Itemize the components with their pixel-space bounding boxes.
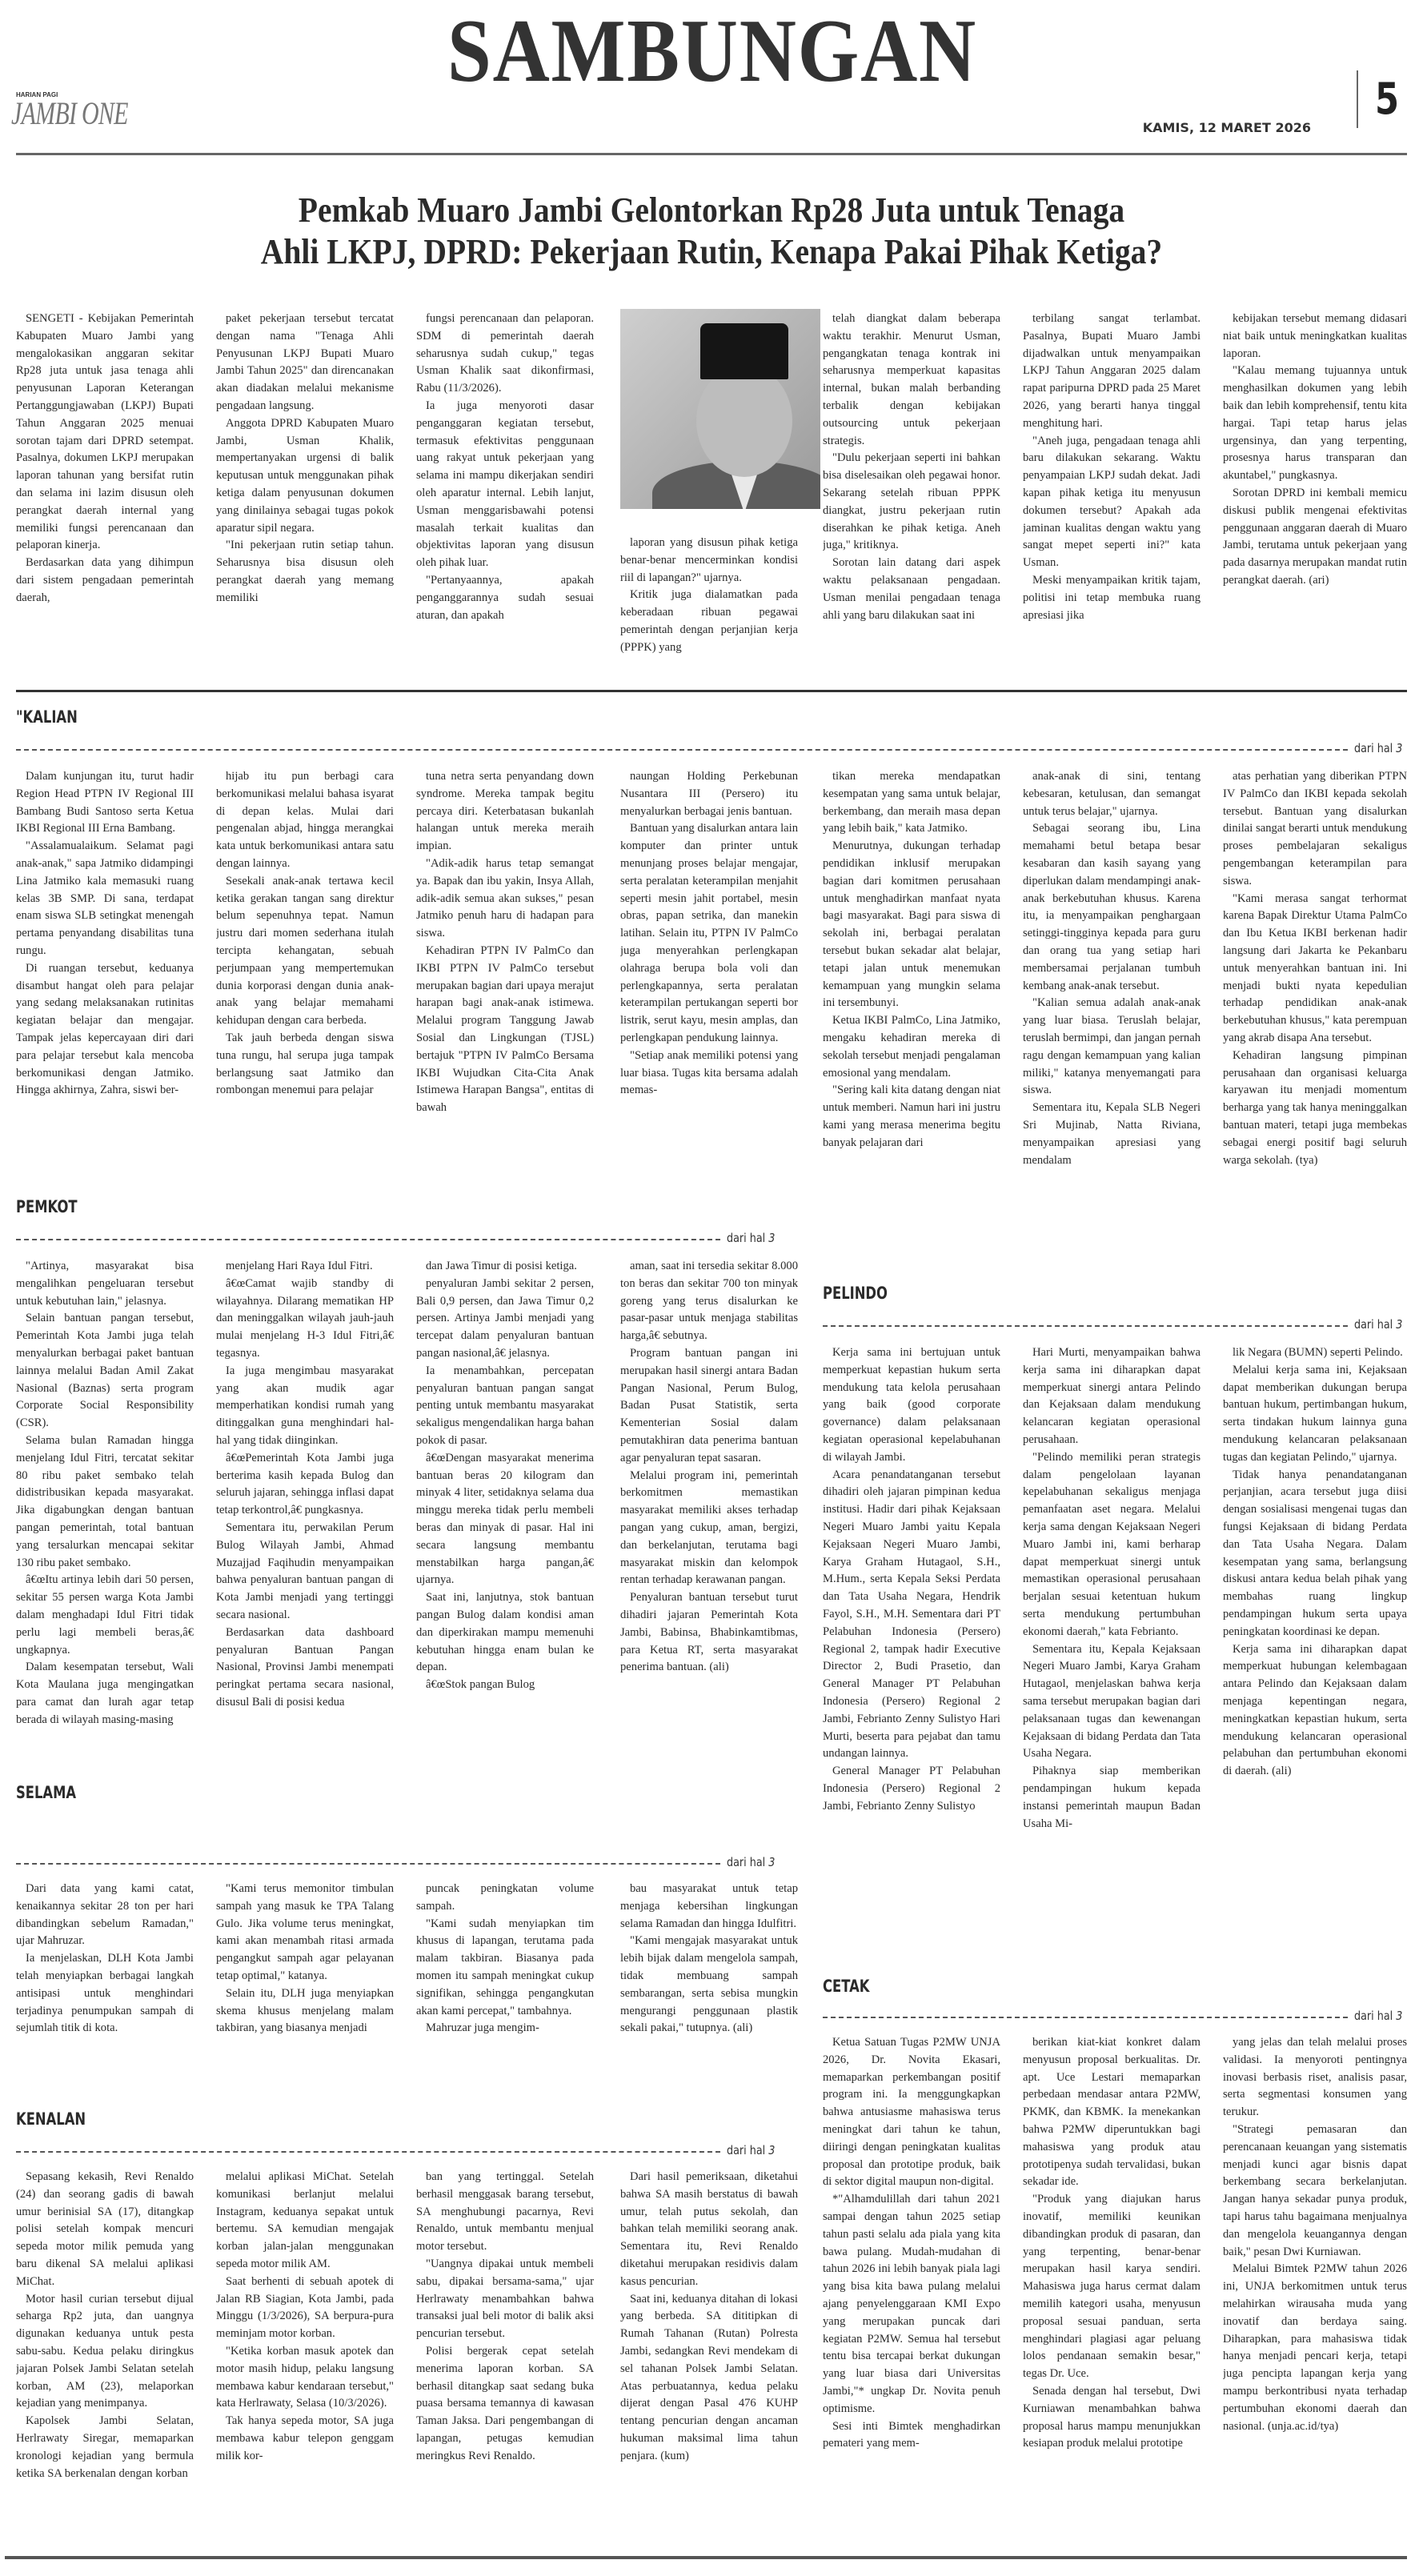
paragraph: Sementara itu, Kepala SLB Negeri Sri Muj… — [1023, 1100, 1201, 1169]
paragraph: ban yang tertinggal. Setelah berhasil me… — [416, 2169, 594, 2256]
continued-from: dari hal 3 — [727, 1855, 775, 1869]
paragraph: Sementara itu, perwakilan Perum Bulog Wi… — [216, 1520, 394, 1625]
paragraph: General Manager PT Pelabuhan Indonesia (… — [823, 1763, 1000, 1815]
article-column: "Artinya, masyarakat bisa mengalihkan pe… — [16, 1258, 194, 1770]
paragraph: hijab itu pun berbagi cara berkomunikasi… — [216, 768, 394, 873]
continued-from: dari hal 3 — [727, 1231, 775, 1245]
header-divider — [1357, 70, 1358, 128]
paragraph: Kritik juga dialamatkan pada keberadaan … — [620, 587, 798, 656]
paragraph: Kapolsek Jambi Selatan, Herlrawaty Sireg… — [16, 2413, 194, 2482]
article-column: telah diangkat dalam beberapa waktu tera… — [823, 310, 1000, 679]
dashed-rule — [16, 1229, 720, 1240]
paragraph: Sorotan DPRD ini kembali memicu diskusi … — [1223, 485, 1407, 590]
paragraph: Acara penandatanganan tersebut dihadiri … — [823, 1467, 1000, 1764]
article-column: Ketua Satuan Tugas P2MW UNJA 2026, Dr. N… — [823, 2034, 1000, 2537]
paragraph: *"Alhamdulillah dari tahun 2021 sampai d… — [823, 2191, 1000, 2418]
paragraph: â€œPemerintah Kota Jambi juga berterima … — [216, 1450, 394, 1520]
paragraph: Kerja sama ini bertujuan untuk memperkua… — [823, 1344, 1000, 1467]
article-column: atas perhatian yang diberikan PTPN IV Pa… — [1223, 768, 1407, 1276]
article-column: Sepasang kekasih, Revi Renaldo (24) dan … — [16, 2169, 194, 2537]
article-column: lik Negara (BUMN) seperti Pelindo.Melalu… — [1223, 1344, 1407, 1969]
paragraph: "Kami merasa sangat terhormat karena Bap… — [1223, 891, 1407, 1048]
paragraph: dan Jawa Timur di posisi ketiga. — [416, 1258, 594, 1276]
continued-from: dari hal 3 — [1354, 1317, 1402, 1332]
paragraph: Tak jauh berbeda dengan siswa tuna rungu… — [216, 1030, 394, 1100]
paragraph: atas perhatian yang diberikan PTPN IV Pa… — [1223, 768, 1407, 891]
paragraph: Saat ini, lanjutnya, stok bantuan pangan… — [416, 1589, 594, 1677]
paragraph: "Kalian semua adalah anak-anak yang luar… — [1023, 995, 1201, 1100]
paragraph: Berdasarkan data dashboard penyaluran Ba… — [216, 1625, 394, 1712]
paragraph: Polisi bergerak cepat setelah menerima l… — [416, 2343, 594, 2466]
article-column: aman, saat ini tersedia sekitar 8.000 to… — [620, 1258, 798, 1770]
paragraph: Sementara itu, Kepala Kejaksaan Negeri M… — [1023, 1641, 1201, 1764]
paragraph: tikan mereka mendapatkan kesempatan yang… — [823, 768, 1000, 838]
paragraph: berikan kiat-kiat konkret dalam menyusun… — [1023, 2034, 1201, 2191]
article-column: "Kami terus memonitor timbulan sampah ya… — [216, 1881, 394, 2097]
paragraph: anak-anak di sini, tentang kebesaran, ke… — [1023, 768, 1201, 820]
paragraph: Sepasang kekasih, Revi Renaldo (24) dan … — [16, 2169, 194, 2291]
paragraph: "Produk yang diajukan harus inovatif, me… — [1023, 2191, 1201, 2383]
article-column: SENGETI - Kebijakan Pemerintah Kabupaten… — [16, 310, 194, 679]
paragraph: "Pelindo memiliki peran strategis dalam … — [1023, 1449, 1201, 1641]
paragraph: "Kalau memang tujuannya untuk menghasilk… — [1223, 363, 1407, 485]
paragraph: Dari data yang kami catat, kenaikannya s… — [16, 1881, 194, 1950]
paragraph: Saat ini, keduanya ditahan di lokasi yan… — [620, 2291, 798, 2466]
paragraph: laporan yang disusun pihak ketiga benar-… — [620, 535, 798, 587]
paragraph: Ketua IKBI PalmCo, Lina Jatmiko, mengaku… — [823, 1012, 1000, 1082]
paragraph: "Sering kali kita datang dengan niat unt… — [823, 1082, 1000, 1152]
article-column: Dalam kunjungan itu, turut hadir Region … — [16, 768, 194, 1192]
article-column: menjelang Hari Raya Idul Fitri.â€œCamat … — [216, 1258, 394, 1770]
continued-from: dari hal 3 — [727, 2143, 775, 2157]
article-column: melalui aplikasi MiChat. Setelah komunik… — [216, 2169, 394, 2537]
continued-from: dari hal 3 — [1354, 2009, 1402, 2023]
paragraph: "Aneh juga, pengadaan tenaga ahli baru d… — [1023, 433, 1201, 572]
dashed-rule — [16, 1853, 720, 1865]
paragraph: Sesekali anak-anak tertawa kecil ketika … — [216, 873, 394, 1030]
photo-face — [696, 365, 792, 477]
paragraph: Program bantuan pangan ini merupakan has… — [620, 1345, 798, 1468]
paragraph: "Pertanyaannya, apakah penganggarannya s… — [416, 572, 594, 624]
photo-peci-cap — [700, 323, 788, 379]
paragraph: Menurutnya, dukungan terhadap pendidikan… — [823, 838, 1000, 1012]
article-column: bau masyarakat untuk tetap menjaga keber… — [620, 1881, 798, 2097]
article-column: berikan kiat-kiat konkret dalam menyusun… — [1023, 2034, 1201, 2537]
section-heading: KENALAN — [16, 2109, 86, 2129]
header-rule — [16, 153, 1407, 155]
article-column: puncak peningkatan volume sampah."Kami s… — [416, 1881, 594, 2097]
paragraph: Sebagai seorang ibu, Lina memahami betul… — [1023, 820, 1201, 995]
paragraph: Penyaluran bantuan tersebut turut dihadi… — [620, 1589, 798, 1677]
paragraph: Meski menyampaikan kritik tajam, politis… — [1023, 572, 1201, 624]
dashed-rule — [16, 2141, 720, 2153]
article-column: dan Jawa Timur di posisi ketiga.penyalur… — [416, 1258, 594, 1770]
paragraph: "Strategi pemasaran dan perencanaan keua… — [1223, 2121, 1407, 2261]
paragraph: "Assalamualaikum. Selamat pagi anak-anak… — [16, 838, 194, 960]
section-title: SAMBUNGAN — [275, 6, 1148, 96]
paragraph: Anggota DPRD Kabupaten Muaro Jambi, Usma… — [216, 415, 394, 538]
article-column: tuna netra serta penyandang down syndrom… — [416, 768, 594, 1192]
paragraph: "Kami mengajak masyarakat untuk lebih bi… — [620, 1933, 798, 2037]
paragraph: Senada dengan hal tersebut, Dwi Kurniawa… — [1023, 2383, 1201, 2453]
paragraph: "Adik-adik harus tetap semangat ya. Bapa… — [416, 855, 594, 943]
paragraph: Ia juga mengimbau masyarakat yang akan m… — [216, 1363, 394, 1450]
paragraph: SENGETI - Kebijakan Pemerintah Kabupaten… — [16, 310, 194, 555]
paragraph: bau masyarakat untuk tetap menjaga keber… — [620, 1881, 798, 1933]
article-column: Dari data yang kami catat, kenaikannya s… — [16, 1881, 194, 2097]
paragraph: Di ruangan tersebut, keduanya disambut h… — [16, 960, 194, 1100]
paragraph: Melalui Bimtek P2MW tahun 2026 ini, UNJA… — [1223, 2261, 1407, 2435]
paragraph: Selain bantuan pangan tersebut, Pemerint… — [16, 1310, 194, 1432]
paragraph: Sorotan lain datang dari aspek waktu pel… — [823, 555, 1000, 624]
article-column: Kerja sama ini bertujuan untuk memperkua… — [823, 1344, 1000, 1969]
paragraph: Kehadiran PTPN IV PalmCo dan IKBI PTPN I… — [416, 943, 594, 1117]
paragraph: Dari hasil pemeriksaan, diketahui bahwa … — [620, 2169, 798, 2291]
paragraph: aman, saat ini tersedia sekitar 8.000 to… — [620, 1258, 798, 1345]
paragraph: â€œItu artinya lebih dari 50 persen, sek… — [16, 1572, 194, 1659]
paragraph: "Setiap anak memiliki potensi yang luar … — [620, 1048, 798, 1100]
article-column: Hari Murti, menyampaikan bahwa kerja sam… — [1023, 1344, 1201, 1969]
paragraph: fungsi perencanaan dan pelaporan. SDM di… — [416, 310, 594, 398]
footer-rule — [5, 2556, 1407, 2559]
paragraph: Tidak hanya penandatanganan perjanjian, … — [1223, 1467, 1407, 1641]
article-column: anak-anak di sini, tentang kebesaran, ke… — [1023, 768, 1201, 1276]
article-photo — [620, 309, 820, 509]
article-column: yang jelas dan telah melalui proses vali… — [1223, 2034, 1407, 2537]
paragraph: tuna netra serta penyandang down syndrom… — [416, 768, 594, 855]
paragraph: Ia menambahkan, percepatan penyaluran ba… — [416, 1363, 594, 1450]
paragraph: Hari Murti, menyampaikan bahwa kerja sam… — [1023, 1344, 1201, 1449]
page-number: 5 — [1375, 74, 1399, 124]
paragraph: Bantuan yang disalurkan antara lain komp… — [620, 820, 798, 1047]
paragraph: Selain itu, DLH juga menyiapkan skema kh… — [216, 1985, 394, 2037]
paragraph: Selama bulan Ramadan hingga menjelang Id… — [16, 1432, 194, 1572]
paragraph: "Ketika korban masuk apotek dan motor ma… — [216, 2343, 394, 2413]
paragraph: Motor hasil curian tersebut dijual sehar… — [16, 2291, 194, 2414]
paragraph: Pihaknya siap memberikan pendampingan hu… — [1023, 1763, 1201, 1833]
paragraph: Ia juga menyoroti dasar penganggaran keg… — [416, 398, 594, 572]
paragraph: paket pekerjaan tersebut tercatat dengan… — [216, 310, 394, 415]
article-column: hijab itu pun berbagi cara berkomunikasi… — [216, 768, 394, 1192]
paragraph: Mahruzar juga mengim- — [416, 2020, 594, 2037]
continued-from: dari hal 3 — [1354, 741, 1402, 755]
paragraph: â€œStok pangan Bulog — [416, 1677, 594, 1694]
paragraph: Saat berhenti di sebuah apotek di Jalan … — [216, 2274, 394, 2343]
article-column: kebijakan tersebut memang didasari niat … — [1223, 310, 1407, 679]
headline-line-2: Ahli LKPJ, DPRD: Pekerjaan Rutin, Kenapa… — [71, 232, 1352, 272]
paragraph: Melalui kerja sama ini, Kejaksaan dapat … — [1223, 1362, 1407, 1467]
article-column: paket pekerjaan tersebut tercatat dengan… — [216, 310, 394, 679]
paragraph: Kerja sama ini diharapkan dapat memperku… — [1223, 1641, 1407, 1781]
article-column: ban yang tertinggal. Setelah berhasil me… — [416, 2169, 594, 2537]
paragraph: penyaluran Jambi sekitar 2 persen, Bali … — [416, 1276, 594, 1363]
article-column: terbilang sangat terlambat. Pasalnya, Bu… — [1023, 310, 1201, 679]
paragraph: Dalam kunjungan itu, turut hadir Region … — [16, 768, 194, 838]
paragraph: kebijakan tersebut memang didasari niat … — [1223, 310, 1407, 363]
dashed-rule — [16, 739, 1348, 751]
newspaper-logo: JAMBI ONE — [11, 94, 128, 132]
paragraph: naungan Holding Perkebunan Nusantara III… — [620, 768, 798, 820]
paragraph: "Artinya, masyarakat bisa mengalihkan pe… — [16, 1258, 194, 1310]
paragraph: "Ini pekerjaan rutin setiap tahun. Sehar… — [216, 537, 394, 607]
paragraph: menjelang Hari Raya Idul Fitri. — [216, 1258, 394, 1276]
headline-line-1: Pemkab Muaro Jambi Gelontorkan Rp28 Juta… — [71, 190, 1352, 230]
section-heading: "KALIAN — [16, 707, 78, 727]
paragraph: melalui aplikasi MiChat. Setelah komunik… — [216, 2169, 394, 2274]
paragraph: terbilang sangat terlambat. Pasalnya, Bu… — [1023, 310, 1201, 433]
paragraph: yang jelas dan telah melalui proses vali… — [1223, 2034, 1407, 2121]
paragraph: "Uangnya dipakai untuk membeli sabu, dip… — [416, 2256, 594, 2343]
paragraph: Ketua Satuan Tugas P2MW UNJA 2026, Dr. N… — [823, 2034, 1000, 2191]
paragraph: Berdasarkan data yang dihimpun dari sist… — [16, 555, 194, 607]
dashed-rule — [823, 1316, 1348, 1327]
paragraph: Melalui program ini, pemerintah berkomit… — [620, 1468, 798, 1590]
paragraph: lik Negara (BUMN) seperti Pelindo. — [1223, 1344, 1407, 1362]
section-heading: SELAMA — [16, 1783, 76, 1802]
issue-date: KAMIS, 12 MARET 2026 — [1143, 120, 1311, 135]
paragraph: Dalam kesempatan tersebut, Wali Kota Mau… — [16, 1659, 194, 1729]
paragraph: â€œCamat wajib standby di wilayahnya. Di… — [216, 1276, 394, 1363]
paragraph: Ia menjelaskan, DLH Kota Jambi telah men… — [16, 1950, 194, 2037]
article-column: Dari hasil pemeriksaan, diketahui bahwa … — [620, 2169, 798, 2537]
article-column: fungsi perencanaan dan pelaporan. SDM di… — [416, 310, 594, 679]
article-column: naungan Holding Perkebunan Nusantara III… — [620, 768, 798, 1192]
dashed-rule — [823, 2007, 1348, 2018]
paragraph: "Kami terus memonitor timbulan sampah ya… — [216, 1881, 394, 1985]
article-column: laporan yang disusun pihak ketiga benar-… — [620, 535, 798, 679]
article-column: tikan mereka mendapatkan kesempatan yang… — [823, 768, 1000, 1276]
section-heading: PEMKOT — [16, 1197, 78, 1216]
section-heading: PELINDO — [823, 1284, 888, 1303]
paragraph: "Dulu pekerjaan seperti ini bahkan bisa … — [823, 450, 1000, 555]
paragraph: "Kami sudah menyiapkan tim khusus di lap… — [416, 1916, 594, 2021]
paragraph: telah diangkat dalam beberapa waktu tera… — [823, 310, 1000, 450]
paragraph: Tak hanya sepeda motor, SA juga membawa … — [216, 2413, 394, 2465]
article-divider — [16, 690, 1407, 692]
paragraph: Sesi inti Bimtek menghadirkan pemateri y… — [823, 2418, 1000, 2454]
paragraph: â€œDengan masyarakat menerima bantuan be… — [416, 1450, 594, 1589]
paragraph: puncak peningkatan volume sampah. — [416, 1881, 594, 1916]
section-heading: CETAK — [823, 1977, 869, 1996]
paragraph: Kehadiran langsung pimpinan perusahaan d… — [1223, 1048, 1407, 1170]
